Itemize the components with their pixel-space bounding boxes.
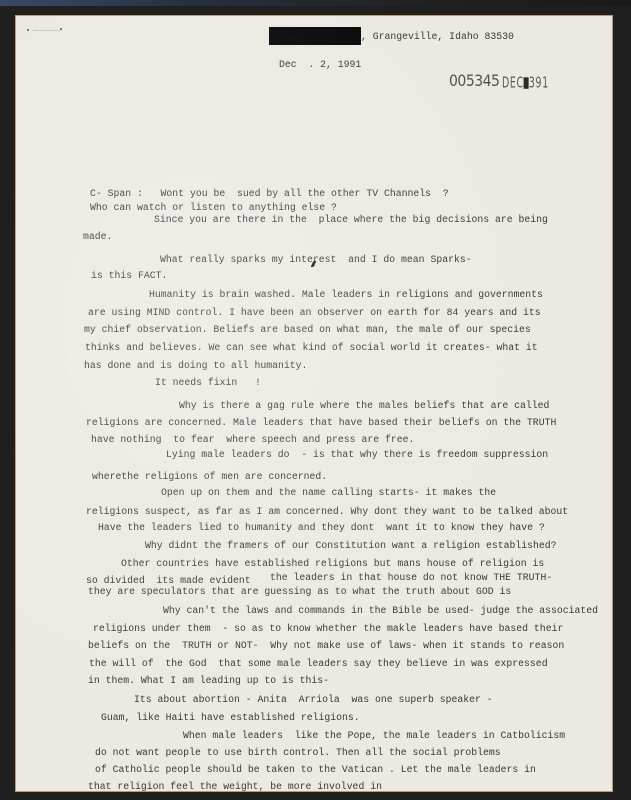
stamp-date: DEC391 xyxy=(502,75,549,92)
body-line: the leaders in that house do not know TH… xyxy=(270,572,552,583)
body-line: Guam, like Haiti have established religi… xyxy=(101,712,360,723)
body-line: that religion feel the weight, be more i… xyxy=(88,781,382,792)
letter-page: , Grangeville, Idaho 83530 Dec . 2, 1991… xyxy=(15,15,613,792)
body-line: What really sparks my interest and I do … xyxy=(160,254,472,265)
body-line: It needs fixin ! xyxy=(155,377,261,388)
body-line: do not want people to use birth control.… xyxy=(95,747,501,758)
body-line: When male leaders like the Pope, the mal… xyxy=(183,730,565,741)
body-line: wherethe religions of men are concerned. xyxy=(92,471,327,482)
body-line: religions are concerned. Male leaders th… xyxy=(86,417,556,428)
body-line: Humanity is brain washed. Male leaders i… xyxy=(149,289,543,300)
paper-mark xyxy=(33,30,61,31)
body-line: so divided its made evident xyxy=(86,575,251,586)
body-line: Why is there a gag rule where the males … xyxy=(179,400,549,411)
body-line: religions under them - so as to know whe… xyxy=(93,623,563,634)
sender-address: , Grangeville, Idaho 83530 xyxy=(361,31,514,42)
body-line: made. xyxy=(83,231,112,242)
body-line: has done and is doing to all humanity. xyxy=(84,360,307,371)
stamp-year: 391 xyxy=(529,75,549,92)
body-line: my chief observation. Beliefs are based … xyxy=(84,324,531,335)
paper-mark xyxy=(27,29,29,31)
scanner-edge xyxy=(0,0,631,6)
body-line: Who can watch or listen to anything else… xyxy=(90,202,337,213)
body-line: Its about abortion - Anita Arriola was o… xyxy=(134,694,493,705)
stamp-month: DEC xyxy=(502,75,524,92)
body-line: C- Span : Wont you be sued by all the ot… xyxy=(90,188,449,199)
body-line: Other countries have established religio… xyxy=(121,558,544,569)
body-line: the will of the God that some male leade… xyxy=(89,658,548,669)
body-line: is this FACT. xyxy=(91,270,167,281)
stamp-number: 005345 xyxy=(449,72,499,90)
body-line: have nothing to fear where speech and pr… xyxy=(91,434,414,445)
body-line: thinks and believes. We can see what kin… xyxy=(85,342,538,353)
body-line: Open up on them and the name calling sta… xyxy=(161,487,496,498)
body-line: religions suspect, as far as I am concer… xyxy=(86,506,568,517)
body-line: in them. What I am leading up to is this… xyxy=(88,675,329,686)
redaction-box xyxy=(269,27,361,45)
body-line: are using MIND control. I have been an o… xyxy=(88,307,541,318)
body-line: of Catholic people should be taken to th… xyxy=(95,764,536,775)
body-line: Have the leaders lied to humanity and th… xyxy=(98,522,545,533)
body-line: they are speculators that are guessing a… xyxy=(88,586,511,597)
letter-date: Dec . 2, 1991 xyxy=(279,59,361,70)
body-line: Why can't the laws and commands in the B… xyxy=(163,605,598,616)
body-line: beliefs on the TRUTH or NOT- Why not mak… xyxy=(88,640,564,651)
body-line: Why didnt the framers of our Constitutio… xyxy=(145,540,557,551)
paper-mark xyxy=(60,28,62,30)
body-line: Lying male leaders do - is that why ther… xyxy=(166,449,548,460)
body-line: Since you are there in the place where t… xyxy=(154,214,548,225)
